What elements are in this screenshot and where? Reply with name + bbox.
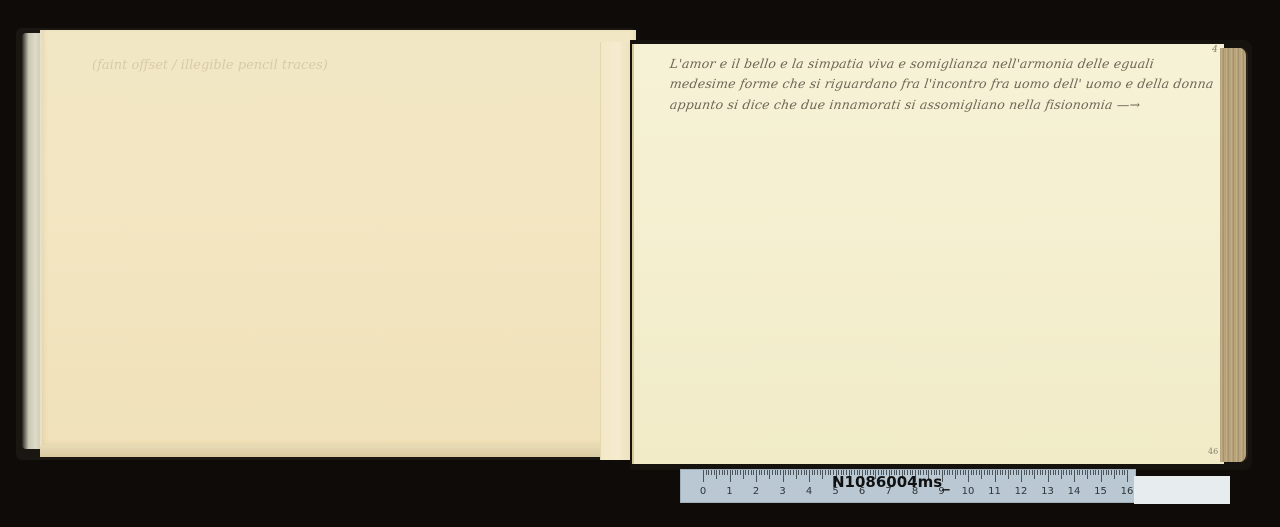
ruler-tick bbox=[1000, 470, 1001, 475]
handwritten-line-1: L'amor e il bello e la simpatia viva e s… bbox=[669, 56, 1155, 71]
ruler-tick bbox=[1034, 470, 1035, 479]
ruler-tick bbox=[801, 470, 802, 475]
ruler-tick bbox=[1116, 470, 1117, 475]
ruler-tick bbox=[785, 470, 786, 475]
ruler-tick bbox=[756, 470, 757, 482]
ruler-tick bbox=[1071, 470, 1072, 475]
ruler-tick bbox=[708, 470, 709, 475]
ruler-tick bbox=[1029, 470, 1030, 475]
ruler-tick bbox=[1055, 470, 1056, 475]
ruler-number: 1 bbox=[726, 486, 732, 497]
ruler-tick bbox=[1058, 470, 1059, 475]
ruler-tick bbox=[793, 470, 794, 475]
left-page-ghost-text: (faint offset / illegible pencil traces) bbox=[92, 58, 328, 73]
ruler-tick bbox=[714, 470, 715, 475]
ruler-tick bbox=[780, 470, 781, 475]
ruler-tick bbox=[971, 470, 972, 475]
ruler-number: 16 bbox=[1121, 486, 1134, 497]
ruler-number: 14 bbox=[1068, 486, 1081, 497]
ruler-tick bbox=[1021, 470, 1022, 482]
ruler-tick bbox=[1114, 470, 1115, 479]
ruler-tick bbox=[1077, 470, 1078, 475]
ruler-number: 0 bbox=[700, 486, 706, 497]
ruler-tick bbox=[748, 470, 749, 475]
ruler-tick bbox=[812, 470, 813, 475]
ruler-tick bbox=[825, 470, 826, 475]
ruler-tick bbox=[809, 470, 810, 482]
ruler-tick bbox=[1018, 470, 1019, 475]
ruler-tick bbox=[979, 470, 980, 475]
ruler-tick bbox=[737, 470, 738, 475]
ruler-tick bbox=[1063, 470, 1064, 475]
ruler-tick bbox=[1048, 470, 1049, 482]
ruler-tick bbox=[706, 470, 707, 475]
ruler-tick bbox=[1085, 470, 1086, 475]
right-page-edges bbox=[1220, 48, 1248, 462]
ruler-tick bbox=[806, 470, 807, 475]
ruler-tick bbox=[1101, 470, 1102, 482]
ruler-tick bbox=[1082, 470, 1083, 475]
ruler-number: 4 bbox=[806, 486, 812, 497]
ruler-tick bbox=[1095, 470, 1096, 475]
ruler-number: 15 bbox=[1094, 486, 1107, 497]
ruler-tick bbox=[775, 470, 776, 475]
handwritten-line-2: medesime forme che si riguardano fra l'i… bbox=[669, 76, 1215, 91]
ruler-tick bbox=[730, 470, 731, 482]
ruler-tick bbox=[1013, 470, 1014, 475]
ruler-tick bbox=[1074, 470, 1075, 482]
ruler-tick bbox=[777, 470, 778, 475]
ruler-tick bbox=[981, 470, 982, 479]
ruler-tick bbox=[759, 470, 760, 475]
ruler-number: 10 bbox=[962, 486, 975, 497]
ruler-tick bbox=[732, 470, 733, 475]
ruler-tick bbox=[1053, 470, 1054, 475]
ruler-tick bbox=[761, 470, 762, 475]
ruler-tick bbox=[822, 470, 823, 479]
ruler-tick bbox=[987, 470, 988, 475]
ruler-tick bbox=[1045, 470, 1046, 475]
ruler-tick bbox=[743, 470, 744, 479]
ruler-number: 12 bbox=[1015, 486, 1028, 497]
ruler-tick bbox=[1098, 470, 1099, 475]
ruler-tick bbox=[1127, 470, 1128, 482]
ruler-tick bbox=[817, 470, 818, 475]
ruler-tick bbox=[1106, 470, 1107, 475]
ruler-tick bbox=[1002, 470, 1003, 475]
ruler-tick bbox=[973, 470, 974, 475]
ruler-tick bbox=[1026, 470, 1027, 475]
ruler-tick bbox=[796, 470, 797, 479]
ruler-tick bbox=[711, 470, 712, 475]
ruler-tick bbox=[798, 470, 799, 475]
ruler-tick bbox=[727, 470, 728, 475]
ruler-tick bbox=[1032, 470, 1033, 475]
left-page: (faint offset / illegible pencil traces) bbox=[40, 30, 636, 450]
ruler-tick bbox=[1079, 470, 1080, 475]
ruler-tick bbox=[724, 470, 725, 475]
ruler-tick bbox=[1108, 470, 1109, 475]
ruler-tick bbox=[769, 470, 770, 479]
ruler-tick bbox=[745, 470, 746, 475]
ruler-tick bbox=[1005, 470, 1006, 475]
ruler-tick bbox=[1066, 470, 1067, 475]
ruler-white-patch bbox=[1134, 476, 1230, 504]
ruler-tick bbox=[828, 470, 829, 475]
ruler-tick bbox=[740, 470, 741, 475]
left-page-bottom-edge bbox=[40, 445, 634, 457]
ruler-tick bbox=[783, 470, 784, 482]
ruler-tick bbox=[1016, 470, 1017, 475]
ruler-tick bbox=[722, 470, 723, 475]
ruler-number: 3 bbox=[779, 486, 785, 497]
ruler-tick bbox=[1090, 470, 1091, 475]
ruler-tick bbox=[1008, 470, 1009, 479]
ruler-tick bbox=[753, 470, 754, 475]
ruler-tick bbox=[735, 470, 736, 475]
ruler-tick bbox=[790, 470, 791, 475]
ruler-tick bbox=[1037, 470, 1038, 475]
page-number: 4 bbox=[1212, 45, 1218, 55]
ruler-tick bbox=[963, 470, 964, 475]
ruler-tick bbox=[820, 470, 821, 475]
ruler-tick bbox=[955, 470, 956, 479]
ruler-tick bbox=[788, 470, 789, 475]
ruler-tick bbox=[992, 470, 993, 475]
ruler-tick bbox=[1040, 470, 1041, 475]
ruler-tick bbox=[1119, 470, 1120, 475]
ruler-tick bbox=[772, 470, 773, 475]
ruler-tick bbox=[957, 470, 958, 475]
ruler-tick bbox=[719, 470, 720, 475]
handwritten-line-3: appunto si dice che due innamorati si as… bbox=[669, 97, 1141, 112]
ruler-tick bbox=[960, 470, 961, 475]
ruler-tick bbox=[1103, 470, 1104, 475]
ruler-tick bbox=[995, 470, 996, 482]
ruler-tick bbox=[1122, 470, 1123, 475]
ruler-tick bbox=[703, 470, 704, 482]
ruler-tick bbox=[1069, 470, 1070, 475]
ruler-tick bbox=[716, 470, 717, 479]
ruler-tick bbox=[1061, 470, 1062, 479]
ruler-tick bbox=[1042, 470, 1043, 475]
ruler-tick bbox=[1111, 470, 1112, 475]
ruler-tick bbox=[952, 470, 953, 475]
ruler-tick bbox=[968, 470, 969, 482]
ruler-tick bbox=[1124, 470, 1125, 475]
ruler-tick bbox=[965, 470, 966, 475]
ruler-number: 2 bbox=[753, 486, 759, 497]
ruler-tick bbox=[1024, 470, 1025, 475]
ruler-tick bbox=[976, 470, 977, 475]
ruler-tick bbox=[1050, 470, 1051, 475]
ruler-number: 11 bbox=[988, 486, 1001, 497]
ruler-tick bbox=[764, 470, 765, 475]
ruler-tick bbox=[1010, 470, 1011, 475]
ruler-tick bbox=[984, 470, 985, 475]
ruler-tick bbox=[814, 470, 815, 475]
ruler-tick bbox=[1087, 470, 1088, 479]
ruler-tick bbox=[997, 470, 998, 475]
ruler-number: 13 bbox=[1041, 486, 1054, 497]
ruler-tick bbox=[751, 470, 752, 475]
ruler-tick bbox=[767, 470, 768, 475]
folio-mark: 46 bbox=[1208, 447, 1218, 456]
ruler-tick bbox=[1093, 470, 1094, 475]
ruler-tick bbox=[989, 470, 990, 475]
ruler-label: N1086004ms_ bbox=[832, 473, 950, 491]
ruler-tick bbox=[804, 470, 805, 475]
